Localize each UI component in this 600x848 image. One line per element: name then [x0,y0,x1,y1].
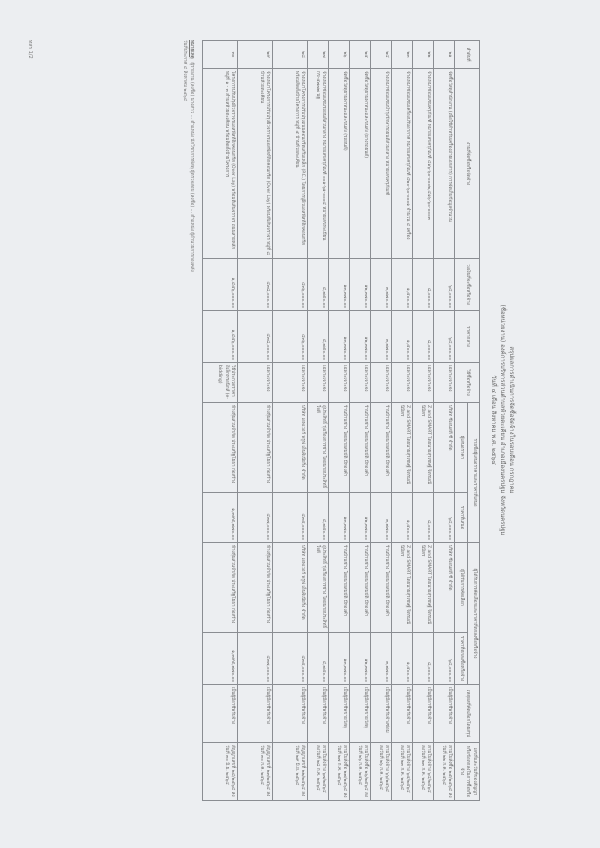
row-median-price: ๖๔,๐๐๐.๐๐ [434,311,455,363]
row-contract: ตามใบสั่งจ้าง ๖๔/๒๕๖๔ ลงวันที่ ๒๓ ก.ค. ๒… [413,743,434,801]
title-line-2: (ชื่อหน่วยงาน) องค์การบริหารส่วนตำบลห้วย… [498,20,507,820]
col-budget: วงเงินที่จะซื้อหรือจ้าง [455,259,480,311]
table-row: ๒๔จ้างเหมาซ่อมแซมบำรุงรักษารถยนต์ส่วนกลา… [371,41,392,801]
row-winner-price: ๑,๓๙๕,๗๗๐.๐๐ [203,633,238,685]
col-bidders: รายชื่อผู้เสนอราคาและราคาที่เสนอ [467,403,479,543]
col-bidder-price: ราคาที่เสนอ [455,493,467,543]
row-winner-price: ๑๒,๓๗๐.๐๐ [350,633,371,685]
footnote-line-2: วันที่ประกาศ ๔ สิงหาคม ๒๕๖๔ [183,40,190,820]
row-budget: ๑๓,๓๗๐.๐๐ [329,259,350,311]
row-bidder-name: Z and SMART โดยนายสุรเชษฐ์ จิตรมณีนิมิตร [392,403,413,493]
col-contract: เลขที่และวันที่ของสัญญาหรือข้อตกลงในการซ… [455,743,480,801]
row-winner-price: ๑,๕๐๐.๐๐ [392,633,413,685]
row-contract: ตามใบสั่งซื้อ ๒๕/๒๕๖๔ ลงวันที่ ๒๒ ก.ค. ๒… [434,743,455,801]
row-bidder-name: ร้านบ้านช่าง โดยนายสมบัติ มีทองคำ [350,403,371,493]
row-number: ๒๙ [238,41,273,69]
table-row: ๒๑จัดซื้อวัสดุสำนักงาน (เพื่อใช้สำหรับเค… [434,41,455,801]
row-reason: เป็นผู้มีอาชีพรับจ้าง [203,685,238,743]
rotated-document-sheet: สรุปผลการดำเนินการจัดซื้อจัดจ้างในรอบเดื… [80,20,520,820]
row-contract: สัญญาเลขที่ ๒๔/๒๕๖๔ ลงวันที่ ๓๐ มิ.ย. ๒๕… [203,743,238,801]
col-method: วิธีซื้อหรือจ้าง [455,363,480,403]
row-winner-name: ห้างหุ้นส่วนจำกัด ประเสริฐโยธา ก่อสร้าง [238,543,273,633]
row-bidder-name: ร้านบ้านช่าง โดยนายสมบัติ มีทองคำ [329,403,350,493]
row-winner-name: ร้านบ้านช่าง โดยนายสมบัติ มีทองคำ [329,543,350,633]
row-number: ๒๘ [273,41,308,69]
scanned-page: ทสร 1/2 สรุปผลการดำเนินการจัดซื้อจัดจ้าง… [0,0,600,848]
row-winner-price: ๖๔,๐๐๐.๐๐ [434,633,455,685]
row-reason: เป็นผู้มีอาชีพรับจ้าง [434,685,455,743]
row-reason: เป็นผู้มีอาชีพรับจ้าง [238,685,273,743]
row-budget: ๑๒,๓๗๐.๐๐ [350,259,371,311]
row-method: เฉพาะเจาะจง [308,363,329,403]
row-median-price: ๔๓๖,๐๐๐.๐๐ [273,311,308,363]
row-bidder-price: ๔๓๗,๐๐๐.๐๐ [238,493,273,543]
row-budget: ๑,๔๕๖,๐๐๐.๐๐ [203,259,238,311]
row-number: ๒๔ [371,41,392,69]
row-item: จ้างเหมาซ่อมแซมครุภัณฑ์ หมายเลขครุภัณฑ์ … [413,69,434,259]
title-line-1: สรุปผลการดำเนินการจัดซื้อจัดจ้างในรอบเดื… [507,20,516,820]
table-header-row: ลำดับที่ งานที่จัดซื้อหรือจัดจ้าง วงเงิน… [467,41,479,801]
table-row: ๒๓จ้างเหมาซ่อมแซมเครื่องปรับอากาศ หมายเล… [392,41,413,801]
row-method: เฉพาะเจาะจง [238,363,273,403]
row-item: จ้างเหมาซ่อมแซมรถยนต์ส่วนกลาง หมายเลขครุ… [308,69,329,259]
row-bidder-name: บริษัท เอพเวอร์ พรูฟ เอ็นจิเนียริ่ง จำกั… [273,403,308,493]
row-median-price: ๑,๕๐๐.๐๐ [392,311,413,363]
table-row: ๒๗จ้างเหมาซ่อมแซมรถยนต์ส่วนกลาง หมายเลขค… [308,41,329,801]
row-number: ๒๒ [413,41,434,69]
row-median-price: ๔,๗๕๐.๐๐ [308,311,329,363]
row-reason: เป็นผู้มีอาชีพรับจ้าง [413,685,434,743]
row-method: วิธีประกวดราคาอิเล็กทรอนิกส์ (e-bidding) [203,363,238,403]
row-bidder-price: ๑,๓๙๕,๗๗๐.๐๐ [203,493,238,543]
row-winner-price: ๓,๗๗๐.๐๐ [371,633,392,685]
row-bidder-price: ๑,๕๐๐.๐๐ [392,493,413,543]
row-winner-price: ๔,๗๕๐.๐๐ [308,633,329,685]
row-reason: เป็นผู้มีอาชีพรับจ้าง [308,685,329,743]
table-row: ๒๘จ้างเหมาโครงการปรับปรุงถนนคอนกรีตเสริม… [273,41,308,801]
row-bidder-price: ๓,๗๗๐.๐๐ [371,493,392,543]
row-winner-price: ๔๓๕,๐๐๐.๐๐ [273,633,308,685]
row-reason: เป็นผู้มีอาชีพรับจ้าง [273,685,308,743]
row-median-price: ๑,๔๕๖,๐๐๐.๐๐ [203,311,238,363]
row-item: จัดซื้อวัสดุยานพาหนะและขนส่ง (ยางรถยนต์) [350,69,371,259]
row-number: ๒๕ [350,41,371,69]
row-item: จ้างเหมาโครงการปรับปรุงถนนคอนกรีตเสริมเห… [273,69,308,259]
col-bidder-name: ผู้เสนอราคา [455,403,467,493]
row-reason: เป็นผู้มีอาชีพขายวัสดุ [329,685,350,743]
row-item: จัดซื้อวัสดุยานพาหนะและขนส่ง (รถยนต์) [329,69,350,259]
row-budget: ๔,๗๕๐.๐๐ [308,259,329,311]
row-item: โครงการปรับปรุงผิวจราจรแอสฟัลท์ติกคอนกรี… [203,69,238,259]
row-budget: ๔๓๘,๐๐๐.๐๐ [238,259,273,311]
row-budget: ๘,๐๐๐.๐๐ [413,259,434,311]
table-row: ๒๖จัดซื้อวัสดุยานพาหนะและขนส่ง (รถยนต์)๑… [329,41,350,801]
row-bidder-name: อู่ประสิทธิ์ รุ่งเรืองการช่าง โดยนายประส… [308,403,329,493]
row-bidder-name: Z and SMART โดยนายสุรเชษฐ์ จิตรมณีนิมิตร [413,403,434,493]
col-item: งานที่จัดซื้อหรือจัดจ้าง [455,69,480,259]
row-reason: เป็นผู้มีอาชีพรับจ้างซ่อม [371,685,392,743]
row-winner-price: ๑๓,๓๗๐.๐๐ [329,633,350,685]
table-row: ๓๐โครงการปรับปรุงผิวจราจรแอสฟัลท์ติกคอนก… [203,41,238,801]
row-contract: ตามใบสั่งซื้อ ๒๗/๒๕๖๔ ลงวันที่ ๒๗ ก.ค. ๒… [329,743,350,801]
footnote-line-1: ผู้รายงาน (ลงชื่อ) นางสาว ... ตำแหน่ง นั… [190,63,195,272]
row-bidder-name: บริษัท ซีเอนสตี ซี จำกัด [434,403,455,493]
row-winner-name: อู่ประสิทธิ์ รุ่งเรืองการช่าง โดยนายประส… [308,543,329,633]
page-number: ทสร 1/2 [26,40,34,59]
row-winner-name: Z and SMART โดยนายสุรเชษฐ์ จิตรมณีนิมิตร [392,543,413,633]
row-contract: สัญญาเลขที่ ๒๓/๒๕๖๔ ลงวันที่ ๓๐ ก.ค. ๒๕๖… [238,743,273,801]
row-contract: ตามใบสั่งจ้าง ๖๕/๒๕๖๔ ลงวันที่ ๒๓ ก.ค. ๒… [392,743,413,801]
row-median-price: ๔๓๘,๐๐๐.๐๐ [238,311,273,363]
row-contract: ตามใบสั่งซื้อ ๒๖/๒๕๖๔ ลงวันที่ ๒๖ ก.ค. ๒… [350,743,371,801]
row-bidder-price: ๖๔,๐๐๐.๐๐ [434,493,455,543]
row-budget: ๔๓๖,๐๐๐.๐๐ [273,259,308,311]
row-winner-name: บริษัท ซีเอนสตี ซี จำกัด [434,543,455,633]
row-contract: สัญญาเลขที่ ๒๒/๒๕๖๔ ลงวันที่ ๒๙ มิ.ย. ๒๕… [273,743,308,801]
row-winner-price: ๘,๐๐๐.๐๐ [413,633,434,685]
row-reason: เป็นผู้มีอาชีพขายวัสดุ [350,685,371,743]
footnote-label: หมายเหตุ [190,40,195,59]
row-median-price: ๑๒,๓๗๐.๐๐ [350,311,371,363]
row-median-price: ๘,๐๐๐.๐๐ [413,311,434,363]
row-method: เฉพาะเจาะจง [413,363,434,403]
row-method: เฉพาะเจาะจง [371,363,392,403]
row-method: เฉพาะเจาะจง [392,363,413,403]
row-number: ๓๐ [203,41,238,69]
col-winner-price: ราคาที่ตกลงซื้อหรือจ้าง [455,633,467,685]
row-budget: ๓,๗๗๐.๐๐ [371,259,392,311]
row-winner-name: ร้านบ้านช่าง โดยนายสมบัติ มีทองคำ [350,543,371,633]
row-number: ๒๗ [308,41,329,69]
row-method: เฉพาะเจาะจง [350,363,371,403]
row-winner-name: Z and SMART โดยนายสุรเชษฐ์ จิตรมณีนิมิตร [413,543,434,633]
row-winner-price: ๔๓๗,๐๐๐.๐๐ [238,633,273,685]
row-bidder-price: ๘,๐๐๐.๐๐ [413,493,434,543]
row-budget: ๑,๕๐๐.๐๐ [392,259,413,311]
row-bidder-price: ๔,๗๕๐.๐๐ [308,493,329,543]
row-number: ๒๓ [392,41,413,69]
table-row: ๒๙จ้างเหมาโครงการปรับปรุงผิวจราจรแอสฟัลท… [238,41,273,801]
row-reason: เป็นผู้มีอาชีพรับจ้าง [392,685,413,743]
col-no: ลำดับที่ [455,41,480,69]
row-winner-name: ห้างหุ้นส่วนจำกัด ประเสริฐโยธา ก่อสร้าง [203,543,238,633]
row-bidder-name: ห้างหุ้นส่วนจำกัด ประเสริฐโยธา ก่อสร้าง [203,403,238,493]
row-bidder-price: ๑๓,๓๗๐.๐๐ [329,493,350,543]
row-bidder-name: ห้างหุ้นส่วนจำกัด ประเสริฐโยธา ก่อสร้าง [238,403,273,493]
row-winner-name: ร้านบ้านช่าง โดยนายสมบัติ มีทองคำ [371,543,392,633]
row-median-price: ๓,๗๗๐.๐๐ [371,311,392,363]
row-bidder-price: ๔๓๕,๐๐๐.๐๐ [273,493,308,543]
row-number: ๒๑ [434,41,455,69]
col-winner: ผู้ได้รับการคัดเลือกและราคาที่ตกลงซื้อหร… [467,543,479,685]
table-row: ๒๕จัดซื้อวัสดุยานพาหนะและขนส่ง (ยางรถยนต… [350,41,371,801]
row-item: จ้างเหมาโครงการปรับปรุงผิวจราจรแอสฟัลท์ต… [238,69,273,259]
row-median-price: ๑๓,๓๗๐.๐๐ [329,311,350,363]
row-method: เฉพาะเจาะจง [329,363,350,403]
row-contract: ตามใบสั่งจ้าง ๖๖/๒๕๖๔ ลงวันที่ ๒๖ ก.ค. ๒… [371,743,392,801]
row-method: เฉพาะเจาะจง [434,363,455,403]
row-winner-name: บริษัท เอพเวอร์ พรูฟ เอ็นจิเนียริ่ง จำกั… [273,543,308,633]
row-bidder-price: ๑๒,๓๗๐.๐๐ [350,493,371,543]
row-item: จ้างเหมาซ่อมแซมบำรุงรักษารถยนต์ส่วนกลาง … [371,69,392,259]
col-median-price: ราคากลาง [455,311,480,363]
row-bidder-name: ร้านบ้านช่าง โดยนายสมบัติ มีทองคำ [371,403,392,493]
procurement-summary-table: ลำดับที่ งานที่จัดซื้อหรือจัดจ้าง วงเงิน… [203,40,481,801]
table-row: ๒๒จ้างเหมาซ่อมแซมครุภัณฑ์ หมายเลขครุภัณฑ… [413,41,434,801]
row-contract: ตามใบสั่งจ้าง ๖๗/๒๕๖๔ ลงวันที่ ๒๘ ก.ค. ๒… [308,743,329,801]
row-budget: ๖๔,๐๐๐.๐๐ [434,259,455,311]
row-method: เฉพาะเจาะจง [273,363,308,403]
col-reason: เหตุผลที่คัดเลือกโดยสรุป [455,685,480,743]
row-item: จ้างเหมาซ่อมแซมเครื่องปรับอากาศ หมายเลขค… [392,69,413,259]
col-winner-name: ผู้ได้รับการคัดเลือก [455,543,467,633]
footnote: หมายเหตุผู้รายงาน (ลงชื่อ) นางสาว ... ตำ… [183,40,197,820]
document-title: สรุปผลการดำเนินการจัดซื้อจัดจ้างในรอบเดื… [480,20,520,820]
row-number: ๒๖ [329,41,350,69]
title-line-3: วันที่ ๔ เดือน สิงหาคม พ.ศ. ๒๕๖๔ [489,20,498,820]
row-item: จัดซื้อวัสดุสำนักงาน (เพื่อใช้สำหรับเครื… [434,69,455,259]
